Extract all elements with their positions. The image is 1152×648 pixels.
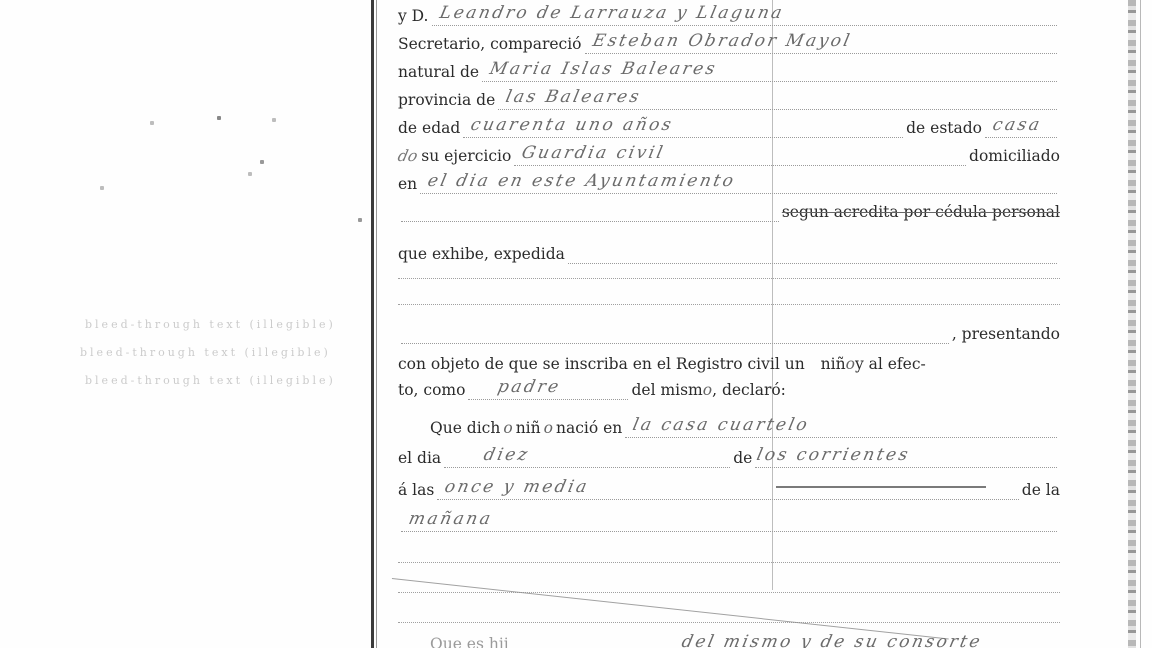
label-secretario: Secretario, compareció: [398, 35, 582, 54]
form-line-5: de edad cuarenta uno años de estado casa: [398, 112, 1060, 138]
label-del-mismo: del mism: [631, 381, 702, 400]
field-birth-time: once y media: [437, 475, 1018, 500]
label-de: de: [733, 449, 752, 468]
form-line-bottom: Que es hij del mismo y de su consorte: [430, 630, 1060, 648]
handwritten-dicho-suffix: o: [503, 419, 512, 438]
form-line-9: que exhibe, expedida: [398, 238, 1060, 264]
label-con-objeto: con objeto de que se inscriba en el Regi…: [398, 355, 805, 374]
handwritten-birth-month: los corrientes: [755, 445, 912, 465]
field-issued-by: [568, 239, 1057, 264]
page-edge-line: [1140, 0, 1141, 648]
pen-stroke: [776, 486, 986, 488]
field-birth-place: la casa cuartelo: [625, 413, 1057, 438]
form-line-13: Que dich o niñ o nació en la casa cuarte…: [430, 412, 1060, 438]
handwritten-occupation: Guardia civil: [520, 143, 667, 163]
form-line-6: do su ejercicio Guardia civil domiciliad…: [398, 140, 1060, 166]
label-de-la: de la: [1022, 481, 1060, 500]
field-marital-status: casa: [985, 113, 1057, 138]
page-binding-edge: [1128, 0, 1136, 648]
ghost-line-2: bleed-through text (illegible): [80, 346, 331, 359]
handwritten-time-of-day: mañana: [407, 509, 495, 529]
handwritten-parents: del mismo y de su consorte: [679, 632, 983, 648]
label-que-es-hij: Que es hij: [430, 635, 509, 648]
form-line-12: to, como padre del mism o , declaró:: [398, 374, 1060, 400]
handwritten-marital-status-cont: do: [396, 147, 419, 166]
form-line-10: , presentando: [398, 318, 1060, 344]
blank-rule-3: [398, 562, 1060, 563]
blank-rule-5: [398, 622, 1060, 623]
label-en: en: [398, 175, 417, 194]
form-line-11: con objeto de que se inscriba en el Regi…: [398, 348, 1060, 374]
handwritten-birth-day: diez: [482, 445, 532, 465]
page-margin-line-inner: [376, 0, 377, 648]
field-birth-day: diez: [444, 443, 730, 468]
label-de-edad: de edad: [398, 119, 460, 138]
field-occupation: Guardia civil: [514, 141, 966, 166]
handwritten-birth-place: la casa cuartelo: [631, 415, 811, 435]
label-domiciliado: domiciliado: [969, 147, 1060, 166]
label-el-dia: el dia: [398, 449, 441, 468]
label-natural-de: natural de: [398, 63, 479, 82]
handwritten-relationship: padre: [496, 377, 563, 397]
ghost-line-1: bleed-through text (illegible): [85, 318, 336, 331]
form-line-2: Secretario, compareció Esteban Obrador M…: [398, 28, 1060, 54]
label-que-dich: Que dich: [430, 419, 500, 438]
label-declaro: , declaró:: [712, 381, 786, 400]
label-presentando: , presentando: [952, 325, 1060, 344]
field-registrar-name: Leandro de Larrauza y Llaguna: [432, 1, 1058, 26]
handwritten-nino-suffix: o: [544, 419, 553, 438]
form-line-1: y D. Leandro de Larrauza y Llaguna: [398, 0, 1060, 26]
label-provincia: provincia de: [398, 91, 495, 110]
handwritten-mismo-suffix: o: [703, 381, 712, 400]
field-relationship: padre: [468, 375, 628, 400]
field-parents: del mismo y de su consorte: [512, 630, 1057, 648]
label-y-d: y D.: [398, 7, 429, 26]
form-line-3: natural de Maria Islas Baleares: [398, 56, 1060, 82]
field-province: las Baleares: [498, 85, 1057, 110]
handwritten-marital-status: casa: [991, 115, 1044, 135]
field-blank-line-8: [401, 197, 779, 222]
label-su-ejercicio: su ejercicio: [421, 147, 511, 166]
label-segun-acredita: segun acredita por cédula personal: [782, 203, 1060, 222]
form-line-8: segun acredita por cédula personal: [398, 196, 1060, 222]
ghost-line-3: bleed-through text (illegible): [85, 374, 336, 387]
blank-rule-1: [398, 278, 1060, 279]
label-nin-2: niñ: [516, 419, 541, 438]
blank-rule-2: [398, 304, 1060, 305]
handwritten-province: las Baleares: [504, 87, 643, 107]
form-line-4: provincia de las Baleares: [398, 84, 1060, 110]
field-birthplace: Maria Islas Baleares: [482, 57, 1057, 82]
handwritten-residence: el dia en este Ayuntamiento: [426, 171, 738, 191]
handwritten-declarant-name: Esteban Obrador Mayol: [590, 31, 853, 51]
label-nin: niñ: [821, 355, 846, 374]
form-line-14: el dia diez de los corrientes: [398, 442, 1060, 468]
form-line-7: en el dia en este Ayuntamiento: [398, 168, 1060, 194]
scanned-document-page: bleed-through text (illegible) bleed-thr…: [0, 0, 1152, 648]
handwritten-birth-time: once y media: [443, 477, 591, 497]
field-time-of-day: mañana: [401, 507, 1057, 532]
handwritten-gender-suffix: o: [846, 355, 855, 374]
label-que-exhibe: que exhibe, expedida: [398, 245, 565, 264]
label-de-estado: de estado: [906, 119, 982, 138]
label-a-las: á las: [398, 481, 434, 500]
handwritten-age: cuarenta uno años: [469, 115, 675, 135]
label-nacio-en: nació en: [556, 419, 622, 438]
field-declarant-name: Esteban Obrador Mayol: [585, 29, 1057, 54]
field-residence: el dia en este Ayuntamiento: [420, 169, 1057, 194]
handwritten-registrar-name: Leandro de Larrauza y Llaguna: [437, 3, 785, 23]
label-to-como: to, como: [398, 381, 465, 400]
field-age: cuarenta uno años: [463, 113, 903, 138]
field-birth-month: los corrientes: [755, 443, 1057, 468]
field-blank-line-10: [401, 319, 949, 344]
form-line-16: mañana: [398, 506, 1060, 532]
page-margin-line: [371, 0, 374, 648]
blank-rule-4: [398, 592, 1060, 593]
label-y-al-efecto: y al efec-: [855, 355, 926, 374]
handwritten-birthplace: Maria Islas Baleares: [488, 59, 719, 79]
